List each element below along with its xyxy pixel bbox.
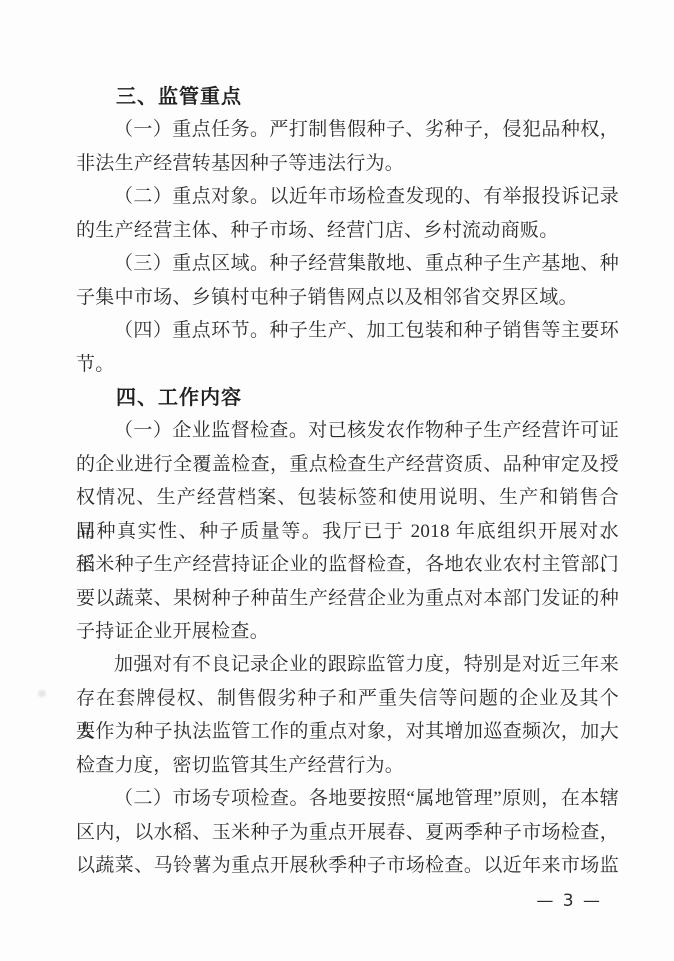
document-page: 三、监管重点（一）重点任务。严打制售假种子、劣种子，侵犯品种权，非法生产经营转基… — [0, 0, 674, 961]
text-line: 品种真实性、种子质量等。我厅已于 2018 年底组织开展对水稻、 — [76, 515, 619, 548]
text-line: （一）重点任务。严打制售假种子、劣种子，侵犯品种权， — [76, 113, 619, 146]
text-line: 玉米种子生产经营持证企业的监督检查，各地农业农村主管部门 — [76, 548, 619, 581]
text-line: 区内，以水稻、玉米种子为重点开展春、夏两季种子市场检查， — [76, 816, 619, 849]
text-line: 子集中市场、乡镇村屯种子销售网点以及相邻省交界区域。 — [76, 281, 619, 314]
text-line: 要作为种子执法监管工作的重点对象，对其增加巡查频次，加大 — [76, 715, 619, 748]
text-line: 的生产经营主体、种子市场、经营门店、乡村流动商贩。 — [76, 214, 619, 247]
text-line: （三）重点区域。种子经营集散地、重点种子生产基地、种 — [76, 247, 619, 280]
text-line: 存在套牌侵权、制售假劣种子和严重失信等问题的企业及其个人， — [76, 682, 619, 715]
section-heading: 三、监管重点 — [76, 80, 619, 113]
scan-artifact — [38, 690, 46, 697]
text-line: 的企业进行全覆盖检查，重点检查生产经营资质、品种审定及授 — [76, 448, 619, 481]
section-heading: 四、工作内容 — [76, 381, 619, 414]
text-line: 加强对有不良记录企业的跟踪监管力度，特别是对近三年来 — [76, 648, 619, 681]
text-line: 要以蔬菜、果树种子种苗生产经营企业为重点对本部门发证的种 — [76, 582, 619, 615]
text-line: 子持证企业开展检查。 — [76, 615, 619, 648]
document-body: 三、监管重点（一）重点任务。严打制售假种子、劣种子，侵犯品种权，非法生产经营转基… — [76, 80, 619, 883]
text-line: 检查力度，密切监管其生产经营行为。 — [76, 749, 619, 782]
text-line: （二）重点对象。以近年市场检查发现的、有举报投诉记录 — [76, 180, 619, 213]
text-line: 权情况、生产经营档案、包装标签和使用说明、生产和销售合同、 — [76, 481, 619, 514]
text-line: （四）重点环节。种子生产、加工包装和种子销售等主要环 — [76, 314, 619, 347]
text-line: 非法生产经营转基因种子等违法行为。 — [76, 147, 619, 180]
text-line: 以蔬菜、马铃薯为重点开展秋季种子市场检查。以近年来市场监 — [76, 849, 619, 882]
text-line: （二）市场专项检查。各地要按照“属地管理”原则，在本辖 — [76, 782, 619, 815]
page-number: — 3 — — [536, 889, 602, 913]
text-line: 节。 — [76, 348, 619, 381]
text-line: （一）企业监督检查。对已核发农作物种子生产经营许可证 — [76, 414, 619, 447]
